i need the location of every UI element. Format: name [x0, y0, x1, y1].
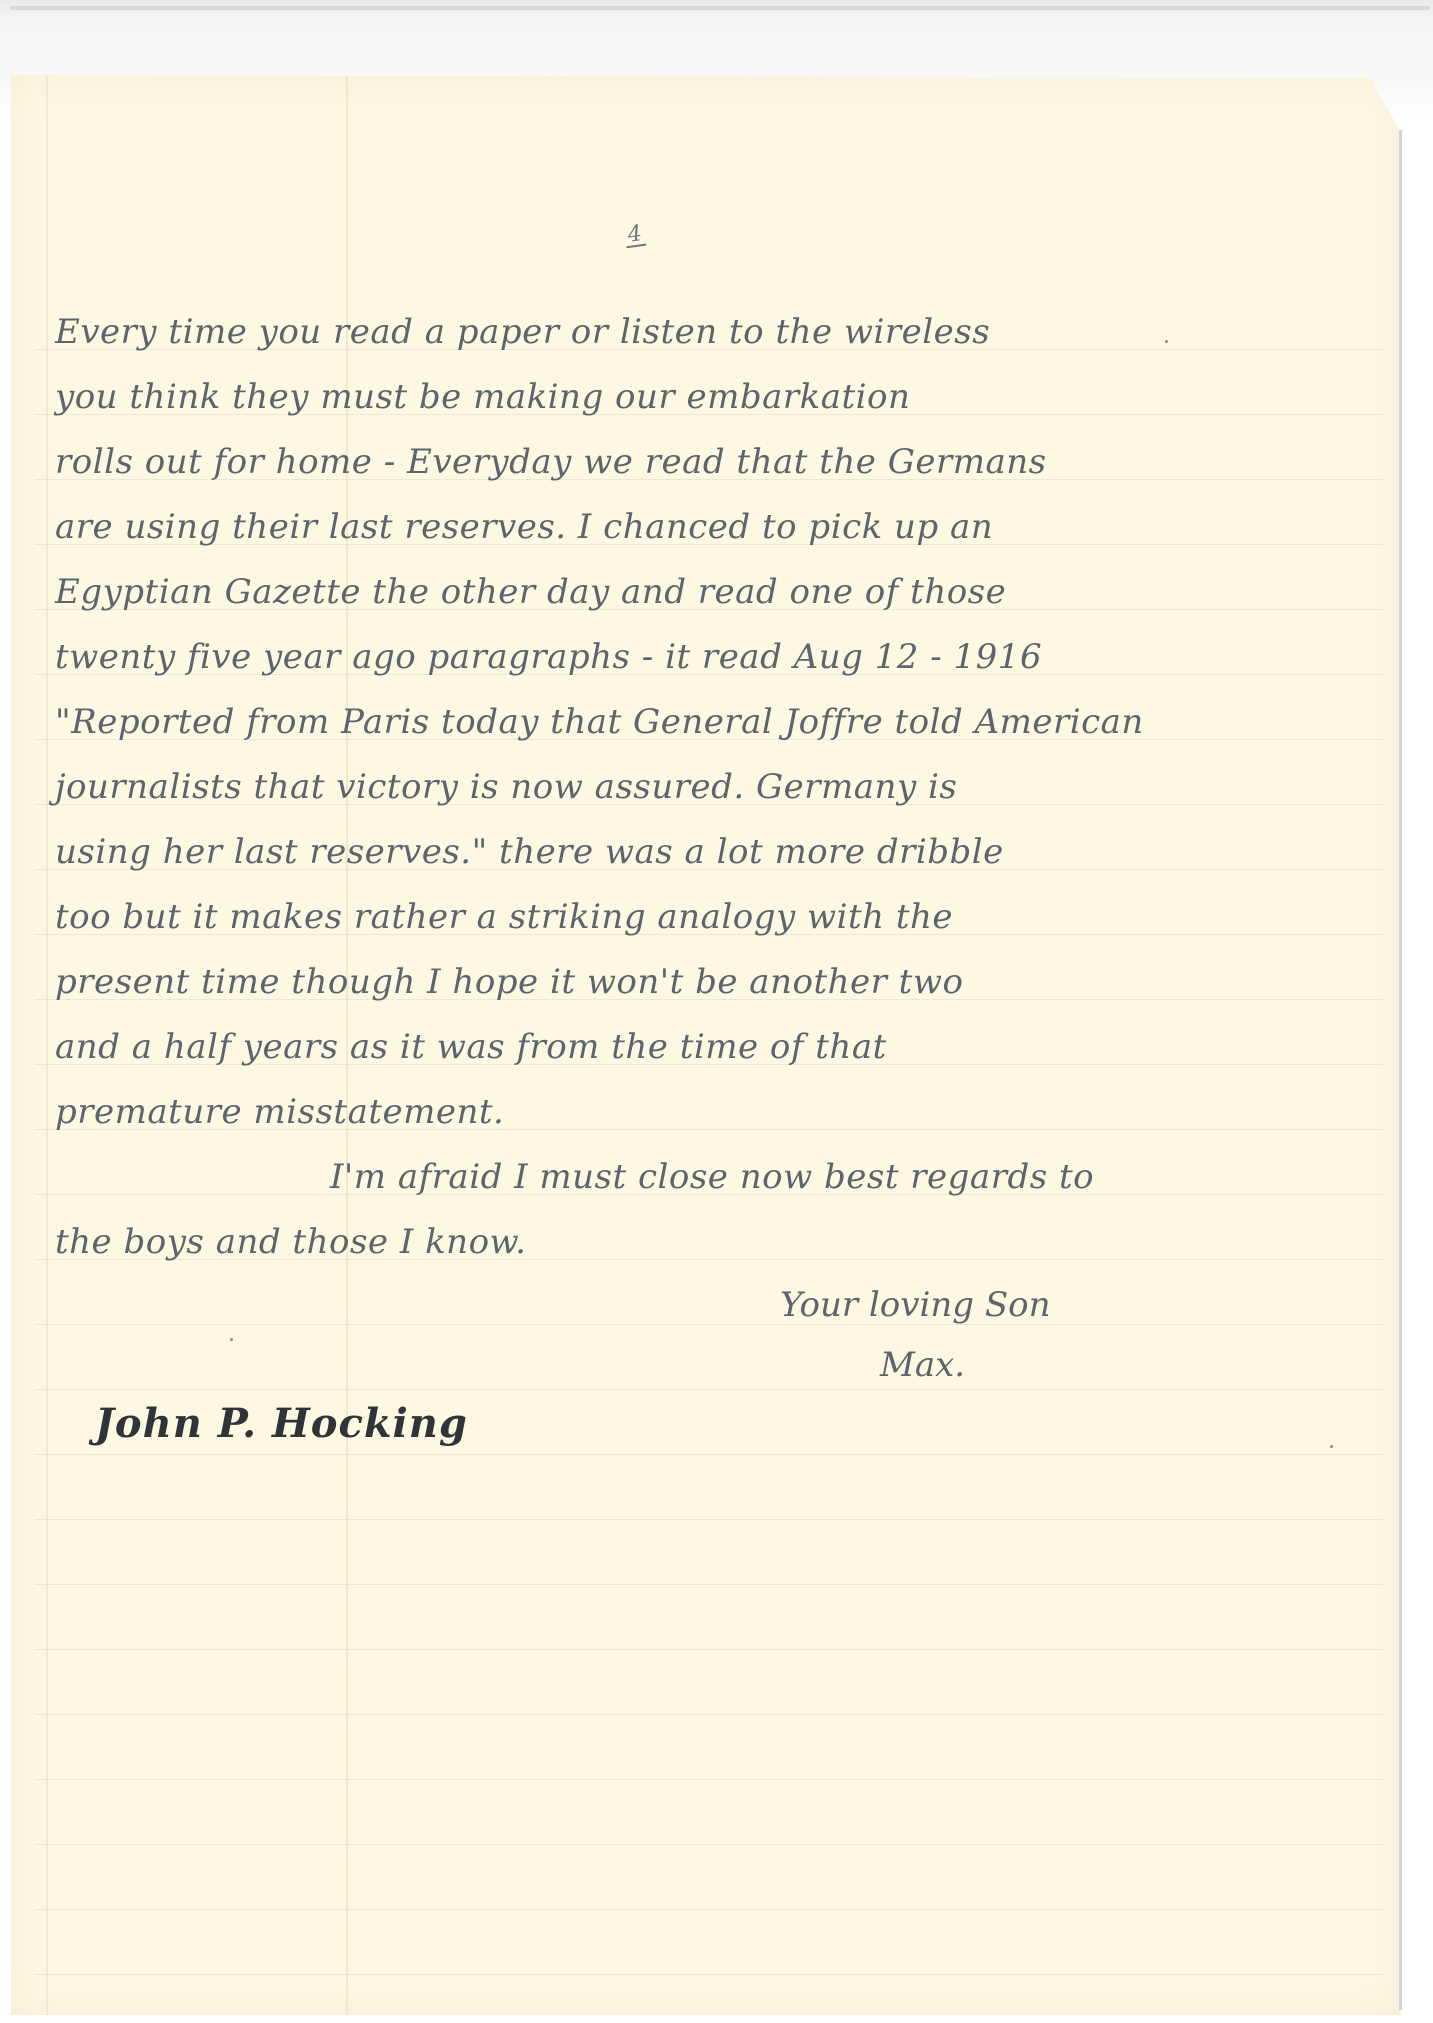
letter-closing: Your loving Son Max. [780, 1285, 1050, 1385]
body-line: too but it makes rather a striking analo… [55, 885, 1385, 950]
paper-right-edge [1399, 130, 1402, 2010]
scanner-edge-shadow [10, 6, 1430, 10]
scanned-page: 4 Every time you read a paper or listen … [0, 0, 1433, 2023]
signature: John P. Hocking [95, 1400, 468, 1447]
body-line: Egyptian Gazette the other day and read … [55, 560, 1385, 625]
letter-body: Every time you read a paper or listen to… [55, 300, 1385, 1275]
body-line: are using their last reserves. I chanced… [55, 495, 1385, 560]
ink-speck [230, 1338, 233, 1341]
body-line: you think they must be making our embark… [55, 365, 1385, 430]
ink-speck [1330, 1445, 1333, 1448]
body-line: twenty five year ago paragraphs - it rea… [55, 625, 1385, 690]
body-line: Every time you read a paper or listen to… [55, 300, 1385, 365]
body-line: "Reported from Paris today that General … [55, 690, 1385, 755]
ink-speck [1165, 340, 1168, 343]
page-number: 4 [624, 224, 647, 249]
body-line: using her last reserves." there was a lo… [55, 820, 1385, 885]
body-line: journalists that victory is now assured.… [55, 755, 1385, 820]
closing-paragraph-line: the boys and those I know. [55, 1210, 1385, 1275]
body-line: present time though I hope it won't be a… [55, 950, 1385, 1015]
body-line: and a half years as it was from the time… [55, 1015, 1385, 1080]
body-line: premature misstatement. [55, 1080, 1385, 1145]
signoff-name: Max. [780, 1345, 1050, 1385]
closing-paragraph-line: I'm afraid I must close now best regards… [55, 1145, 1385, 1210]
valediction: Your loving Son [780, 1285, 1050, 1345]
body-line: rolls out for home - Everyday we read th… [55, 430, 1385, 495]
